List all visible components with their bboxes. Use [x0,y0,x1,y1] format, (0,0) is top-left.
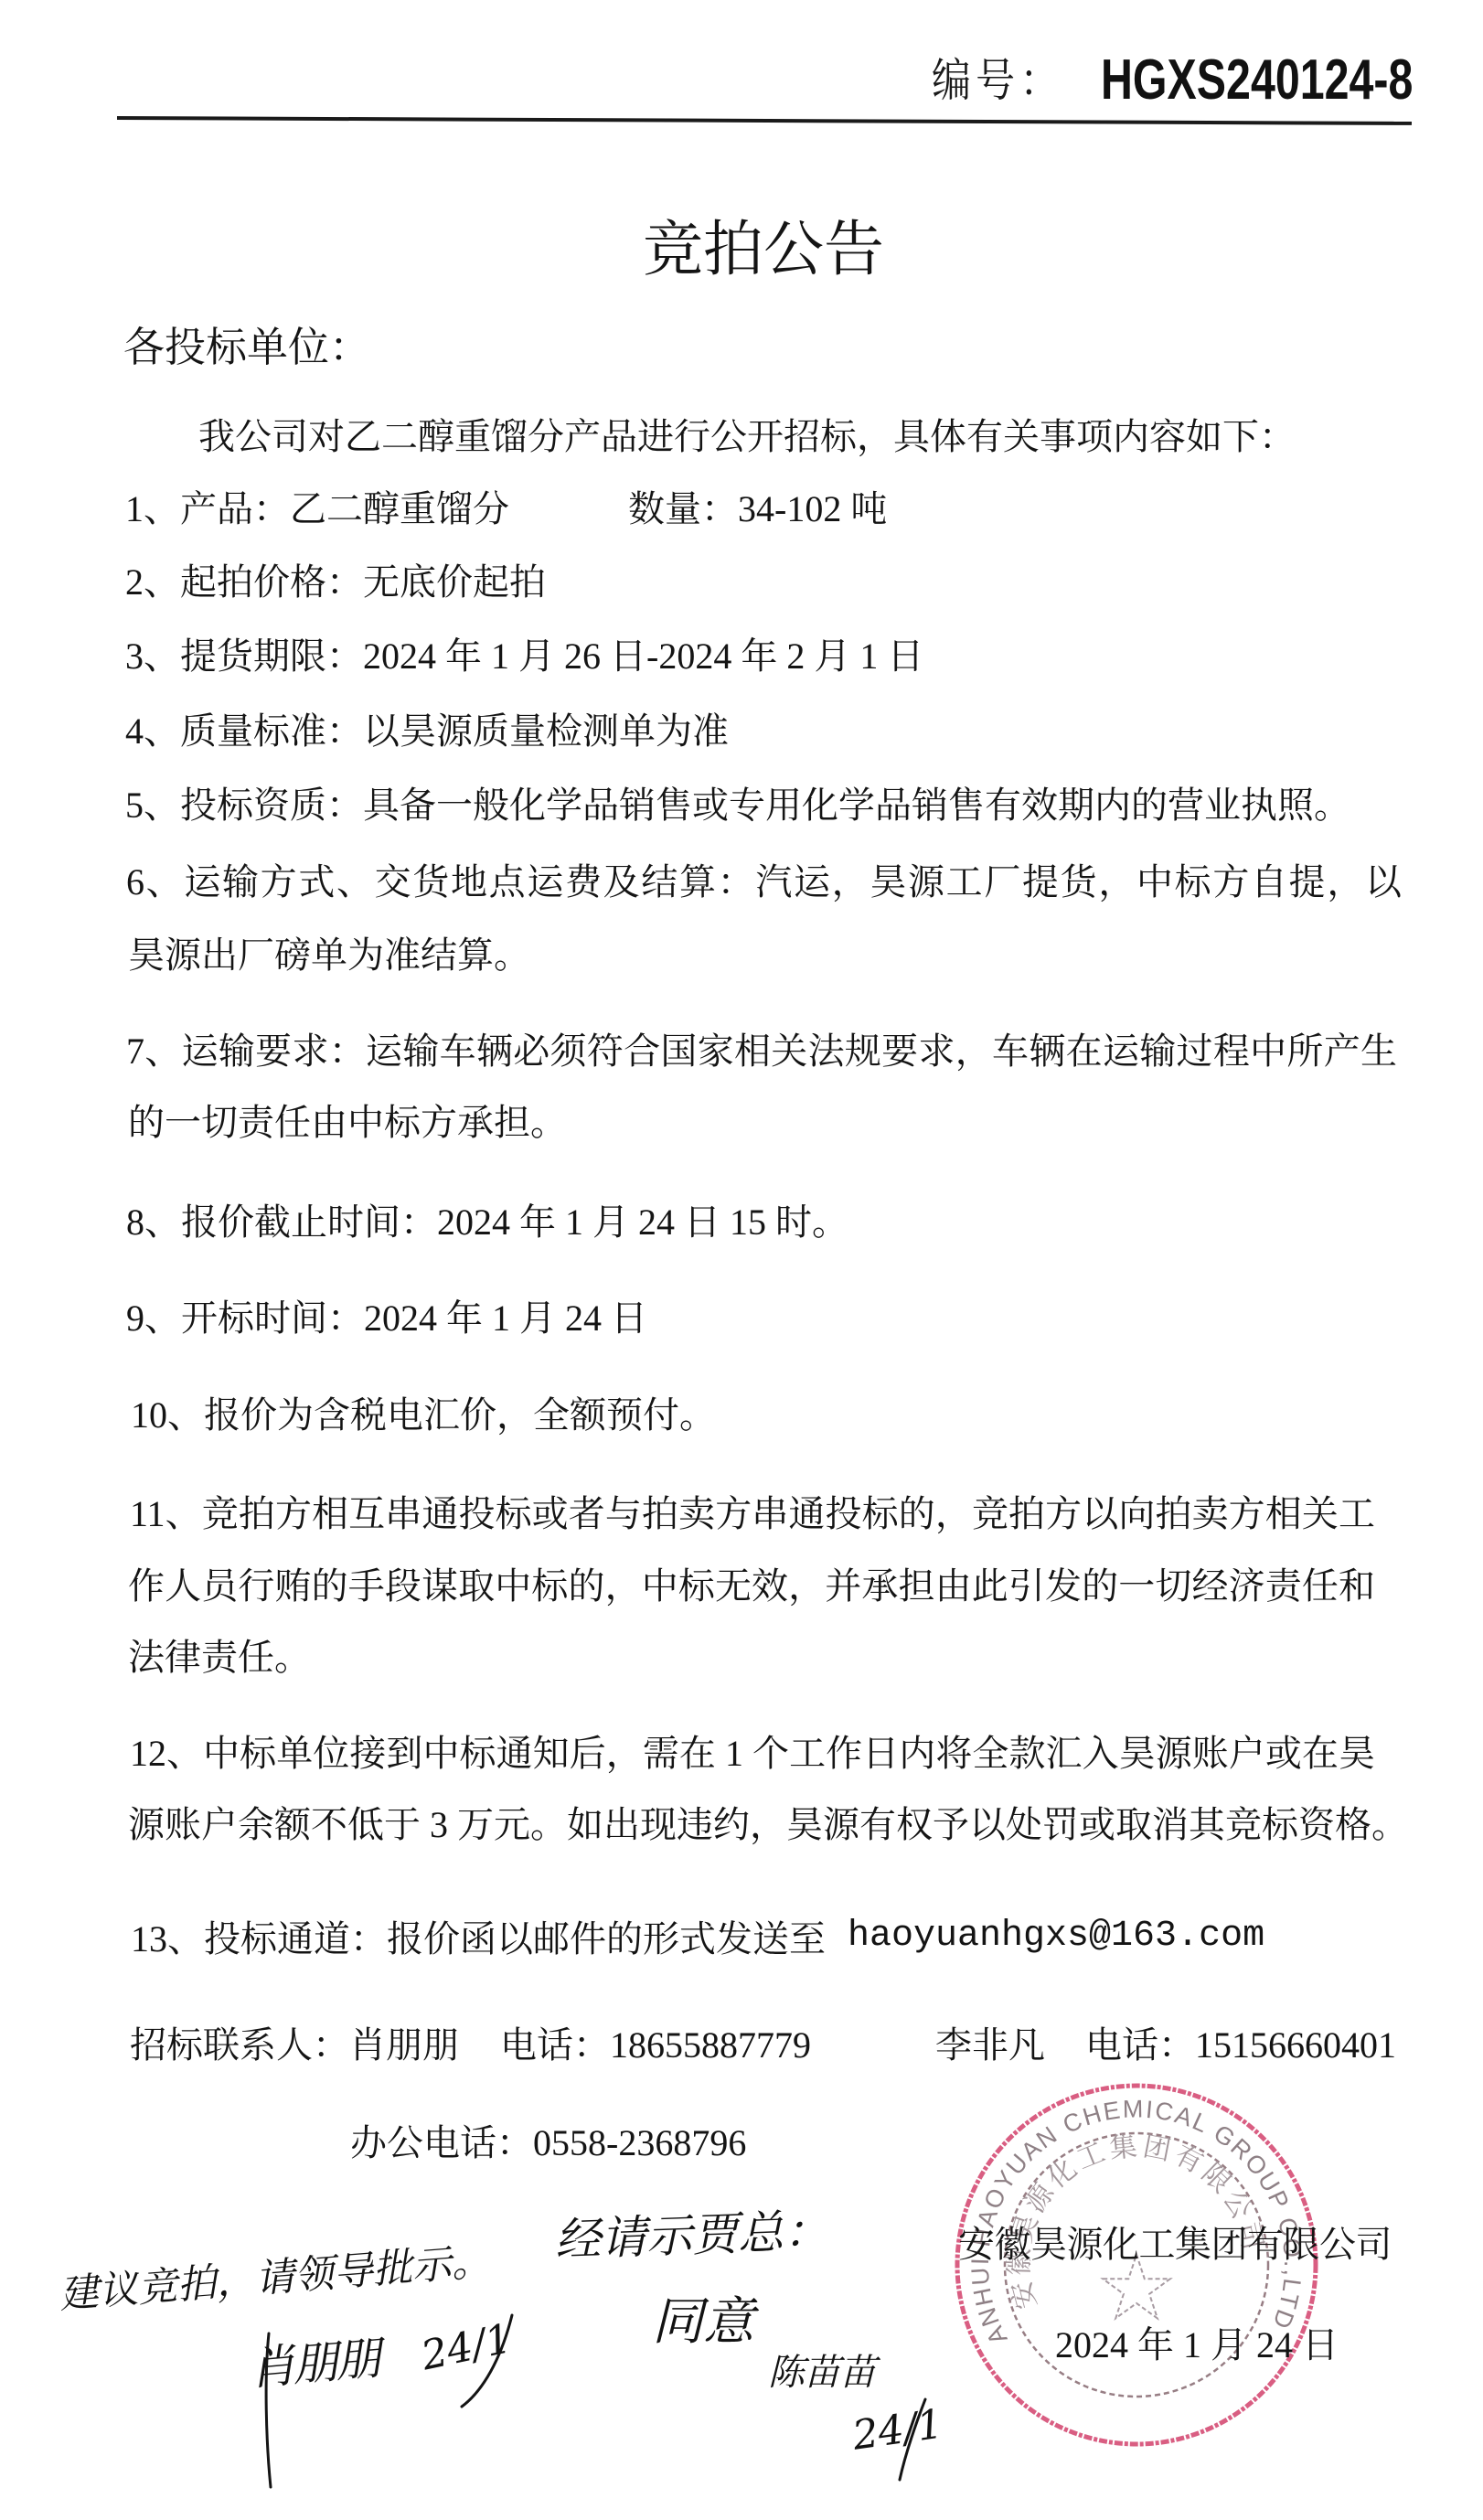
company-seal-stamp: ANHUI HAOYUAN CHEMICAL GROUP CO.,LTD 安徽昊… [954,2082,1319,2448]
item-3-pickup-period: 3、提货期限：2024 年 1 月 26 日-2024 年 2 月 1 日 [125,638,923,675]
serial-number-label: 编号： [932,58,1063,103]
contact-1-phone-group: 电话：18655887779 [500,2027,811,2064]
intro-paragraph: 我公司对乙二醇重馏分产品进行公开招标，具体有关事项内容如下： [198,419,1296,455]
item-6-transport-line-2: 昊源出厂磅单为准结算。 [128,937,530,974]
item-13-bid-channel: 13、投标通道：报价函以邮件的形式发送至 [131,1921,826,1958]
item-12-winner-payment-line-1: 12、中标单位接到中标通知后，需在 1 个工作日内将全款汇入昊源账户或在昊 [130,1735,1375,1772]
contact-2-phone: 15156660401 [1195,2024,1396,2066]
approver-signature-date: 24/1 [850,2404,945,2456]
page-title: 竞拍公告 [643,219,884,279]
item-9-bid-opening: 9、开标时间：2024 年 1 月 24 日 [126,1300,647,1337]
item-11-collusion-line-1: 11、竞拍方相互串通投标或者与拍卖方串通投标的，竞拍方以向拍卖方相关工 [130,1496,1375,1532]
recommender-signature: 肖朋朋 [248,2335,380,2392]
issuer-company-name: 安徽昊源化工集团有限公司 [958,2226,1392,2263]
handwritten-approval-line-1: 经请示贾总： [554,2208,830,2263]
item-8-quote-deadline: 8、报价截止时间：2024 年 1 月 24 日 15 时。 [126,1204,848,1241]
item-11-collusion-line-3: 法律责任。 [128,1639,311,1676]
serial-number: HGXS240124-8 [1101,52,1413,109]
item-2-starting-price: 2、起拍价格：无底价起拍 [125,564,546,601]
item-7-transport-requirement-line-2: 的一切责任由中标方承担。 [128,1105,567,1141]
item-5-bidder-qualification: 5、投标资质：具备一般化学品销售或专用化学品销售有效期内的营业执照。 [125,787,1350,824]
office-phone: 0558-2368796 [533,2122,746,2163]
recommender-signature-date: 24/1 [418,2319,515,2377]
header-divider [117,116,1412,125]
item-1-product: 1、产品：乙二醇重馏分 [125,491,509,528]
contact-line: 招标联系人：肖朋朋 [130,2027,459,2064]
contact-label: 招标联系人： [130,2024,349,2066]
contact-2-name: 李非凡 [935,2027,1045,2064]
bid-email-address: haoyuanhgxs@163.com [848,1918,1264,1955]
item-6-transport-line-1: 6、运输方式、交货地点运费及结算：汽运，昊源工厂提货，中标方自提，以 [126,864,1402,901]
office-phone-group: 办公电话：0558-2368796 [350,2125,746,2162]
contact-1-phone-label: 电话： [500,2024,610,2066]
item-7-transport-requirement-line-1: 7、运输要求：运输车辆必须符合国家相关法规要求，车辆在运输过程中所产生 [126,1033,1397,1070]
office-phone-label: 办公电话： [350,2122,533,2163]
item-1-quantity: 数量：34-102 吨 [628,491,887,528]
item-12-winner-payment-line-2: 源账户余额不低于 3 万元。如出现违约，昊源有权予以处罚或取消其竞标资格。 [128,1807,1397,1843]
item-11-collusion-line-2: 作人员行贿的手段谋取中标的，中标无效，并承担由此引发的一切经济责任和 [128,1568,1375,1605]
contact-2-phone-label: 电话： [1085,2024,1195,2066]
contact-2-phone-group: 电话：15156660401 [1085,2027,1396,2064]
handwritten-recommendation: 建议竞拍，请领导批示。 [58,2241,492,2315]
item-10-payment-terms: 10、报价为含税电汇价，全额预付。 [131,1397,716,1434]
handwritten-approval-line-2: 同意 [652,2297,754,2348]
approver-signature: 陈苗苗 [768,2354,875,2391]
salutation: 各投标单位： [123,327,370,368]
document-page: 编号： HGXS240124-8 竞拍公告 各投标单位： 我公司对乙二醇重馏分产… [0,0,1483,2520]
contact-1-phone: 18655887779 [610,2024,811,2066]
item-4-quality-standard: 4、质量标准：以昊源质量检测单为准 [125,713,729,750]
issuer-date: 2024 年 1 月 24 日 [1055,2327,1339,2364]
contact-1-name: 肖朋朋 [349,2024,459,2066]
